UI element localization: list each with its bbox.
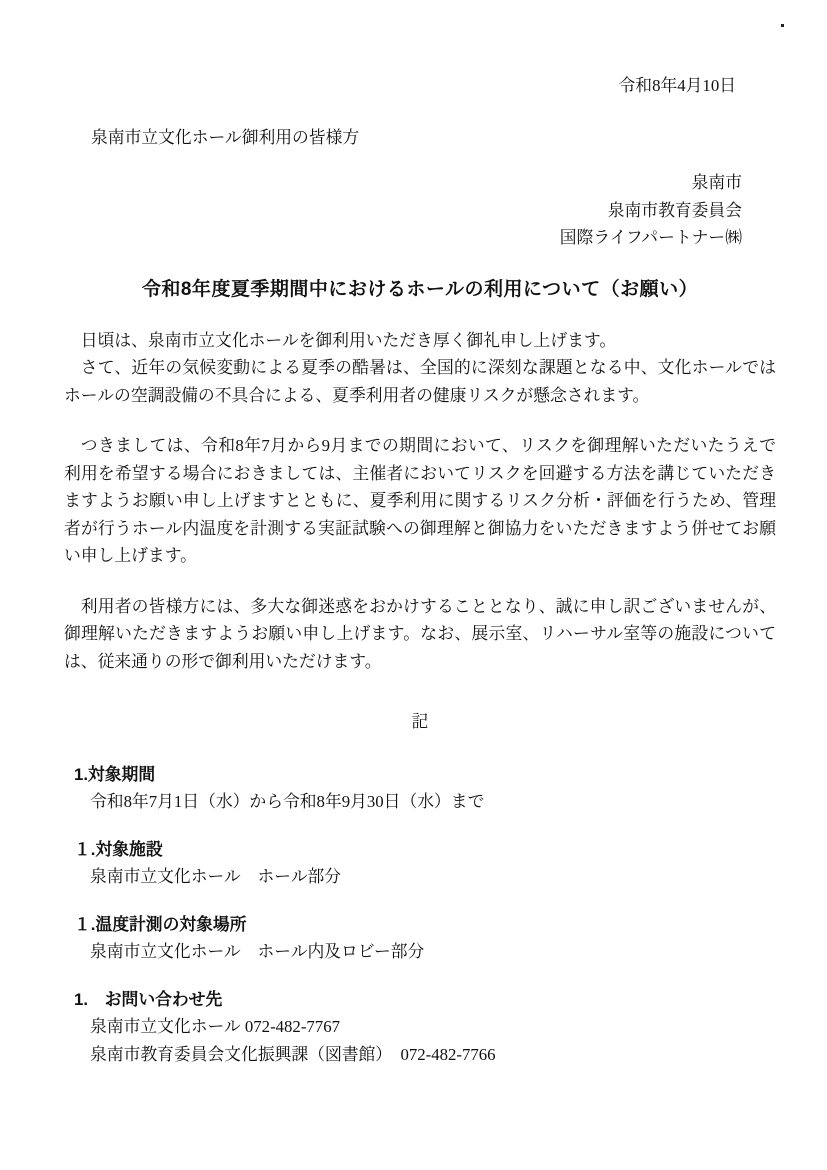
paragraph-greeting: 日頃は、泉南市立文化ホールを御利用いただき厚く御礼申し上げます。: [64, 327, 776, 355]
item-heading-contact: 1. お問い合わせ先: [64, 986, 776, 1014]
sender-line-company: 国際ライフパートナー㈱: [64, 224, 742, 252]
item-heading-measurement-location: １.温度計測の対象場所: [64, 911, 776, 939]
paragraph-background: さて、近年の気候変動による夏季の酷暑は、全国的に深刻な課題となる中、文化ホールで…: [64, 354, 776, 409]
detail-list: 1.対象期間 令和8年7月1日（水）から令和8年9月30日（水）まで １.対象施…: [64, 761, 776, 1069]
document-title: 令和8年度夏季期間中におけるホールの利用について（お願い）: [64, 276, 776, 304]
addressee-line: 泉南市立文化ホール御利用の皆様方: [64, 124, 776, 152]
list-item-period: 1.対象期間 令和8年7月1日（水）から令和8年9月30日（水）まで: [64, 761, 776, 816]
paragraph-block-apology: 利用者の皆様方には、多大な御迷惑をおかけすることとなり、誠に申し訳ございませんが…: [64, 593, 776, 676]
item-heading-facility: １.対象施設: [64, 836, 776, 864]
sender-block: 泉南市 泉南市教育委員会 国際ライフパートナー㈱: [64, 169, 776, 252]
sender-line-board-of-education: 泉南市教育委員会: [64, 197, 742, 225]
item-value-facility: 泉南市立文化ホール ホール部分: [64, 863, 776, 891]
ki-marker: 記: [64, 708, 776, 736]
sender-line-city: 泉南市: [64, 169, 742, 197]
scan-artifact-dot: [781, 24, 784, 27]
paragraph-block-request: つきましては、令和8年7月から9月までの期間において、リスクを御理解いただいたう…: [64, 432, 776, 570]
paragraph-request: つきましては、令和8年7月から9月までの期間において、リスクを御理解いただいたう…: [64, 432, 776, 570]
list-item-measurement-location: １.温度計測の対象場所 泉南市立文化ホール ホール内及ロビー部分: [64, 911, 776, 966]
document-content: 令和8年4月10日 泉南市立文化ホール御利用の皆様方 泉南市 泉南市教育委員会 …: [64, 0, 776, 1068]
paragraph-apology: 利用者の皆様方には、多大な御迷惑をおかけすることとなり、誠に申し訳ございませんが…: [64, 593, 776, 676]
item-value-contact-hall: 泉南市立文化ホール 072-482-7767: [64, 1013, 776, 1041]
item-heading-period: 1.対象期間: [64, 761, 776, 789]
item-value-measurement-location: 泉南市立文化ホール ホール内及ロビー部分: [64, 938, 776, 966]
list-item-contact: 1. お問い合わせ先 泉南市立文化ホール 072-482-7767 泉南市教育委…: [64, 986, 776, 1069]
document-date: 令和8年4月10日: [64, 72, 776, 100]
paragraph-block-greeting: 日頃は、泉南市立文化ホールを御利用いただき厚く御礼申し上げます。 さて、近年の気…: [64, 327, 776, 410]
item-value-contact-board: 泉南市教育委員会文化振興課（図書館） 072-482-7766: [64, 1041, 776, 1069]
item-value-period: 令和8年7月1日（水）から令和8年9月30日（水）まで: [64, 788, 776, 816]
document-page: 令和8年4月10日 泉南市立文化ホール御利用の皆様方 泉南市 泉南市教育委員会 …: [0, 0, 827, 1170]
list-item-facility: １.対象施設 泉南市立文化ホール ホール部分: [64, 836, 776, 891]
